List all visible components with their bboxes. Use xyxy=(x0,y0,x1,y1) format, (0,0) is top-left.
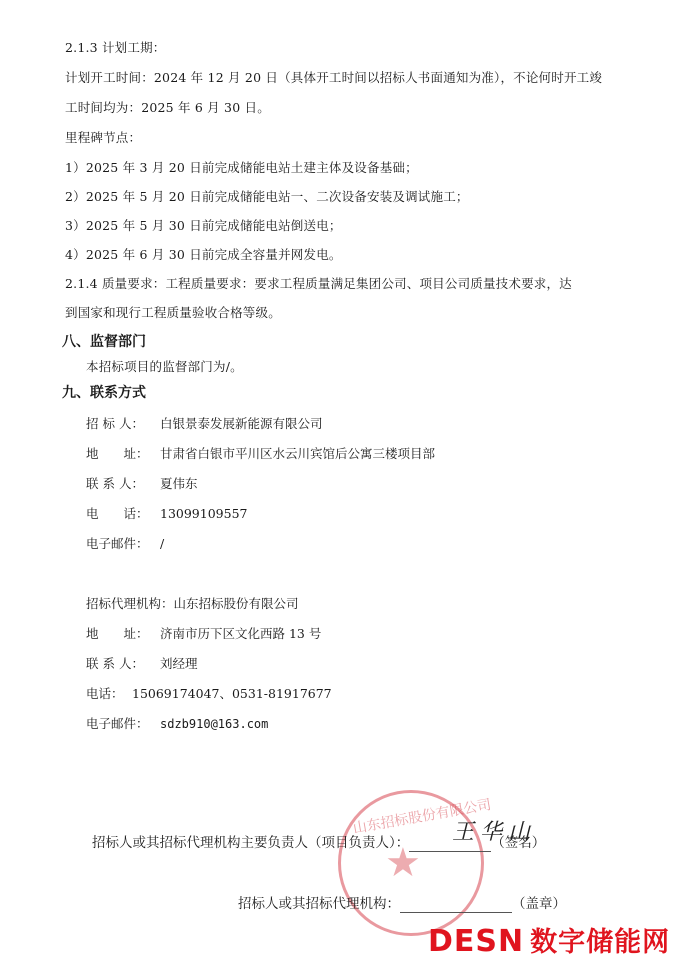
tenderer-name-row: 招 标 人：白银景泰发展新能源有限公司 xyxy=(86,416,323,432)
contact-heading: 九、联系方式 xyxy=(62,384,146,402)
agency-email-row: 电子邮件：sdzb910@163.com xyxy=(86,716,268,732)
field-label: 招标代理机构： xyxy=(86,596,174,612)
handwritten-signature: 王华山 xyxy=(452,815,536,846)
watermark-name: 数字储能网 xyxy=(530,927,670,958)
field-value: 白银景泰发展新能源有限公司 xyxy=(160,416,323,431)
field-value: 山东招标股份有限公司 xyxy=(174,596,299,611)
quality-requirement-cont: 到国家和现行工程质量验收合格等级。 xyxy=(65,305,281,321)
quality-requirement: 2.1.4 质量要求：工程质量要求：要求工程质量满足集团公司、项目公司质量技术要… xyxy=(65,276,572,292)
field-value: 夏伟东 xyxy=(160,476,198,491)
desn-watermark: DESN数字储能网 xyxy=(428,920,670,959)
field-value: 刘经理 xyxy=(160,656,198,671)
agency-phone-row: 电话：15069174047、0531-81917677 xyxy=(86,686,332,702)
supervision-text: 本招标项目的监督部门为/。 xyxy=(86,359,243,375)
field-value: sdzb910@163.com xyxy=(160,717,268,731)
signature-row-seal: 招标人或其招标代理机构：（盖章） xyxy=(238,895,566,913)
field-label: 联 系 人： xyxy=(86,476,160,492)
schedule-start-time: 计划开工时间：2024 年 12 月 20 日（具体开工时间以招标人书面通知为准… xyxy=(65,70,602,86)
field-value: / xyxy=(160,536,164,551)
schedule-heading: 2.1.3 计划工期： xyxy=(65,40,165,56)
seal-suffix: （盖章） xyxy=(512,896,566,912)
field-value: 15069174047、0531-81917677 xyxy=(132,686,332,701)
agency-contact-row: 联 系 人：刘经理 xyxy=(86,656,198,672)
schedule-completion-time: 工时间均为：2025 年 6 月 30 日。 xyxy=(65,100,270,116)
agency-address-row: 地 址：济南市历下区文化西路 13 号 xyxy=(86,626,321,642)
field-label: 电子邮件： xyxy=(86,716,160,732)
field-label: 联 系 人： xyxy=(86,656,160,672)
milestone-item: 4）2025 年 6 月 30 日前完成全容量并网发电。 xyxy=(65,247,342,263)
seal-line xyxy=(400,898,512,913)
tenderer-contact-row: 联 系 人：夏伟东 xyxy=(86,476,198,492)
milestone-item: 2）2025 年 5 月 20 日前完成储能电站一、二次设备安装及调试施工； xyxy=(65,189,469,205)
tenderer-phone-row: 电 话：13099109557 xyxy=(86,506,247,522)
watermark-brand: DESN xyxy=(428,924,524,959)
field-label: 电 话： xyxy=(86,506,160,522)
field-label: 招 标 人： xyxy=(86,416,160,432)
agency-name-row: 招标代理机构：山东招标股份有限公司 xyxy=(86,596,299,612)
responsible-label: 招标人或其招标代理机构主要负责人（项目负责人）： xyxy=(92,835,409,851)
field-value: 甘肃省白银市平川区水云川宾馆后公寓三楼项目部 xyxy=(160,446,435,461)
milestone-item: 1）2025 年 3 月 20 日前完成储能电站土建主体及设备基础； xyxy=(65,160,418,176)
tenderer-address-row: 地 址：甘肃省白银市平川区水云川宾馆后公寓三楼项目部 xyxy=(86,446,435,462)
milestone-item: 3）2025 年 5 月 30 日前完成储能电站倒送电； xyxy=(65,218,342,234)
field-label: 地 址： xyxy=(86,446,160,462)
field-label: 地 址： xyxy=(86,626,160,642)
field-label: 电子邮件： xyxy=(86,536,160,552)
milestones-label: 里程碑节点： xyxy=(65,130,141,146)
field-value: 13099109557 xyxy=(160,506,247,521)
field-value: 济南市历下区文化西路 13 号 xyxy=(160,626,321,641)
seal-label: 招标人或其招标代理机构： xyxy=(238,896,400,912)
tenderer-email-row: 电子邮件：/ xyxy=(86,536,164,552)
field-label: 电话： xyxy=(86,686,132,702)
supervision-heading: 八、监督部门 xyxy=(62,333,146,351)
